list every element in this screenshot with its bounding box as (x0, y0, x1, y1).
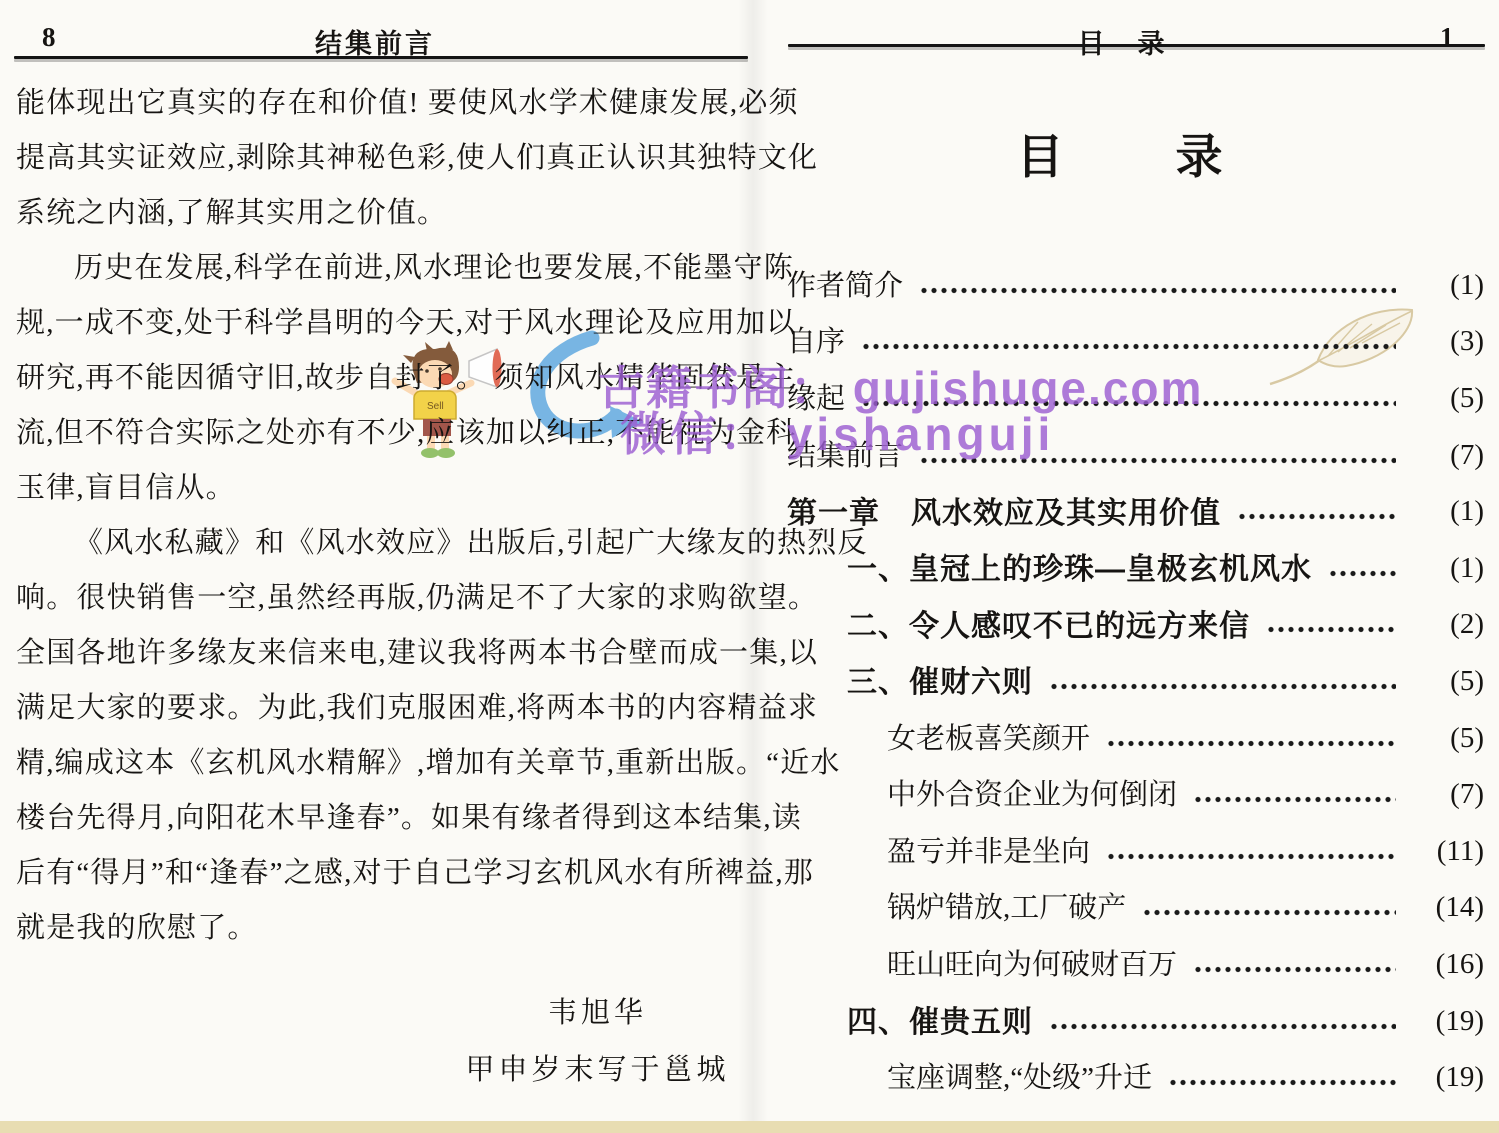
dotted-leader (1166, 1077, 1396, 1088)
preface-line: 楼台先得月,向阳花木早逢春”。如果有缘者得到这本结集,读 (16, 791, 750, 846)
toc-row: 旺山旺向为何破财百万(16) (787, 934, 1484, 991)
toc-entry-page: (2) (1406, 608, 1484, 641)
toc-entry-label: 女老板喜笑颜开 (887, 716, 1090, 757)
dotted-leader (859, 341, 1396, 352)
toc-entry-page: (19) (1406, 1005, 1484, 1038)
right-running-header: 目 录 (760, 22, 1485, 61)
toc-row: 一、皇冠上的珍珠—皇极玄机风水(1) (787, 538, 1484, 595)
toc-row: 宝座调整,“处级”升迁(19) (787, 1047, 1484, 1104)
toc-entry-page: (1) (1406, 495, 1484, 528)
toc-entry-label: 一、皇冠上的珍珠—皇极玄机风水 (847, 544, 1312, 588)
dotted-leader (1104, 738, 1396, 749)
dotted-leader (917, 285, 1396, 296)
author-signature: 韦旭华 (410, 985, 785, 1042)
scan-edge-strip (0, 1121, 1499, 1133)
toc-entry-label: 四、催贵五则 (847, 997, 1033, 1041)
preface-line: 《风水私藏》和《风水效应》出版后,引起广大缘友的热烈反 (16, 516, 750, 571)
toc-entry-label: 盈亏并非是坐向 (887, 829, 1090, 870)
preface-lines: 能体现出它真实的存在和价值! 要使风水学术健康发展,必须提高其实证效应,剥除其神… (16, 76, 750, 956)
toc-entry-page: (5) (1406, 722, 1484, 755)
toc-entry-page: (14) (1406, 891, 1484, 924)
toc-row: 四、催贵五则(19) (787, 991, 1484, 1048)
toc-entry-label: 锅炉错放,工厂破产 (887, 885, 1126, 926)
preface-line: 规,一成不变,处于科学昌明的今天,对于风水理论及应用加以 (16, 296, 750, 351)
toc-entry-page: (7) (1406, 439, 1484, 472)
toc-row: 中外合资企业为何倒闭(7) (787, 764, 1484, 821)
toc-row: 第一章 风水效应及其实用价值(1) (787, 481, 1484, 538)
toc-row: 二、令人感叹不已的远方来信(2) (787, 595, 1484, 652)
toc-entry-page: (16) (1406, 948, 1484, 981)
toc-entry-page: (19) (1406, 1061, 1484, 1094)
toc-entry-page: (1) (1406, 552, 1484, 585)
preface-line: 提高其实证效应,剥除其神秘色彩,使人们真正认识其独特文化 (16, 131, 750, 186)
toc-row: 三、催财六则(5) (787, 651, 1484, 708)
watermark-wechat-line: 微信： yishanguji (620, 398, 1054, 464)
preface-line: 后有“得月”和“逢春”之感,对于自己学习玄机风水有所裨益,那 (16, 846, 750, 901)
dotted-leader (1140, 907, 1396, 918)
dotted-leader (1047, 681, 1396, 692)
preface-line: 历史在发展,科学在前进,风水理论也要发展,不能墨守陈 (16, 241, 750, 296)
right-header-rule (788, 44, 1485, 47)
right-page-number: 1 (1440, 22, 1454, 53)
toc-row: 锅炉错放,工厂破产(14) (787, 878, 1484, 935)
preface-line: 满足大家的要求。为此,我们克服困难,将两本书的内容精益求 (16, 681, 750, 736)
toc-entry-page: (5) (1406, 382, 1484, 415)
preface-line: 精,编成这本《玄机风水精解》,增加有关章节,重新出版。“近水 (16, 736, 750, 791)
toc-entry-label: 作者简介 (787, 263, 903, 304)
preface-line: 系统之内涵,了解其实用之价值。 (16, 186, 750, 241)
toc-entry-label: 三、催财六则 (847, 657, 1033, 701)
preface-line: 全国各地许多缘友来信来电,建议我将两本书合壁而成一集,以 (16, 626, 750, 681)
left-header-rule (14, 56, 748, 59)
dotted-leader (1264, 624, 1396, 635)
toc-entry-page: (3) (1406, 325, 1484, 358)
toc-title: 目 录 (760, 120, 1485, 187)
toc-entry-page: (1) (1406, 269, 1484, 302)
dotted-leader (1104, 851, 1396, 862)
toc-row: 作者简介(1) (787, 255, 1484, 312)
dotted-leader (1047, 1021, 1396, 1032)
toc-row: 盈亏并非是坐向(11) (787, 821, 1484, 878)
toc-entry-page: (7) (1406, 778, 1484, 811)
book-scan-spread: Sell 8 结集前言 能体现出它真实的存在和价值! 要使风水学术健康发展,必须… (0, 0, 1499, 1133)
toc-entry-label: 宝座调整,“处级”升迁 (887, 1055, 1152, 1096)
toc-entry-label: 第一章 风水效应及其实用价值 (787, 488, 1221, 532)
preface-line: 玉律,盲目信从。 (16, 461, 750, 516)
signature-block: 韦旭华 甲申岁末写于邕城 (410, 985, 785, 1099)
toc-row: 女老板喜笑颜开(5) (787, 708, 1484, 765)
dotted-leader (1235, 511, 1396, 522)
dotted-leader (1191, 794, 1396, 805)
toc-entry-label: 中外合资企业为何倒闭 (887, 772, 1177, 813)
toc-entry-page: (5) (1406, 665, 1484, 698)
signature-date: 甲申岁末写于邕城 (410, 1042, 785, 1099)
dotted-leader (1326, 568, 1396, 579)
preface-line: 能体现出它真实的存在和价值! 要使风水学术健康发展,必须 (16, 76, 750, 131)
dotted-leader (1191, 964, 1396, 975)
toc-entry-page: (11) (1406, 835, 1484, 868)
toc-entry-label: 旺山旺向为何破财百万 (887, 942, 1177, 983)
toc-entry-label: 二、令人感叹不已的远方来信 (847, 601, 1250, 645)
preface-line: 就是我的欣慰了。 (16, 901, 750, 956)
preface-line: 响。很快销售一空,虽然经再版,仍满足不了大家的求购欲望。 (16, 571, 750, 626)
